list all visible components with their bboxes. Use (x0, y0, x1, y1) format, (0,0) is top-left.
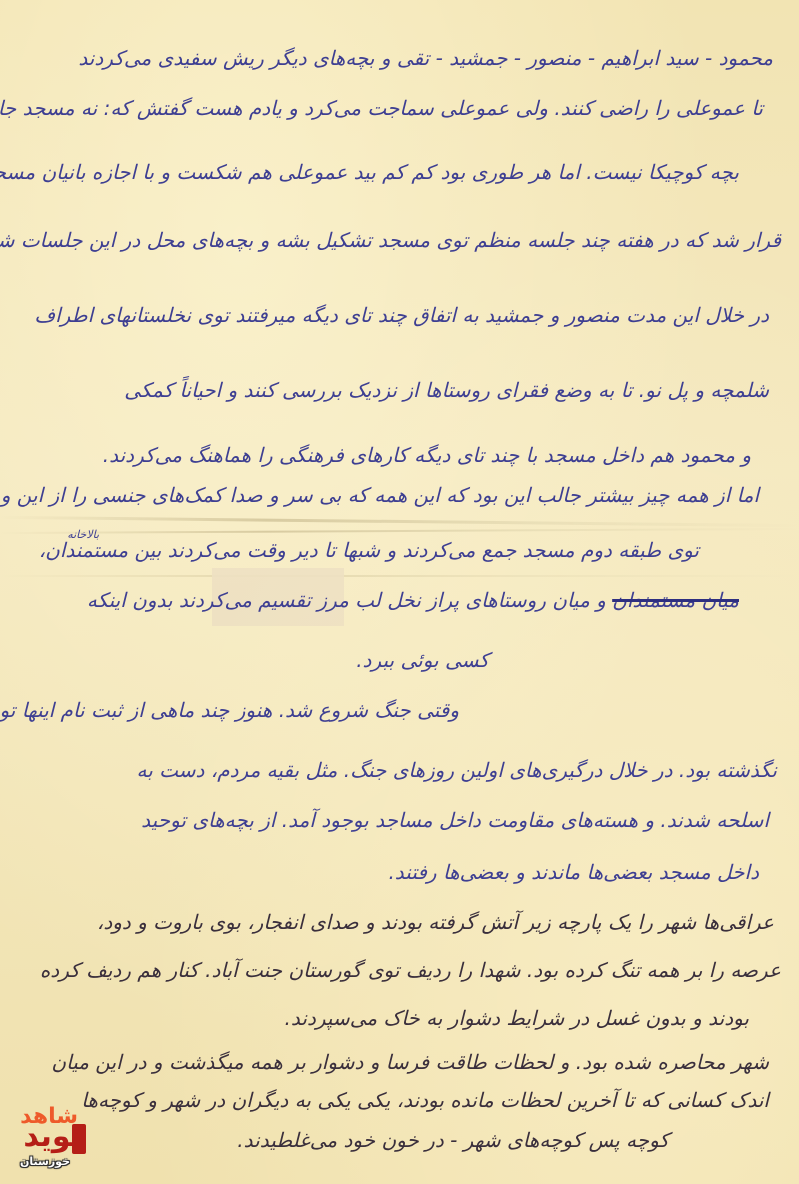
logo-region-label: خوزستان (20, 1156, 70, 1167)
handwritten-line: قرار شد که در هفته چند جلسه منظم توی مسج… (0, 230, 781, 250)
handwritten-line: در خلال این مدت منصور و جمشید به اتفاق چ… (34, 305, 769, 325)
handwritten-line: تا عموعلی را راضی کنند. ولی عموعلی سماجت… (0, 98, 763, 118)
handwritten-line: عراقی‌ها شهر را یک پارچه زیر آتش گرفته ب… (97, 912, 774, 932)
handwritten-line: شلمچه و پل نو. تا به وضع فقرای روستاها ا… (124, 380, 769, 400)
handwritten-line: داخل مسجد بعضی‌ها ماندند و بعضی‌ها رفتند… (388, 862, 759, 882)
handwritten-line: عرصه را بر همه تنگ کرده بود. شهدا را ردی… (40, 960, 781, 980)
struck-through-text: میان مستمندان (612, 588, 739, 612)
handwritten-line: میان مستمندان و میان روستاهای پراز نخل ل… (87, 590, 739, 610)
handwritten-line: کوچه پس کوچه‌های شهر - در خون خود می‌غلط… (237, 1130, 669, 1150)
handwritten-line: کسی بوئی ببرد. (356, 650, 489, 670)
handwritten-line: وقتی جنگ شروع شد. هنوز چند ماهی از ثبت ن… (0, 700, 459, 720)
handwritten-letter: محمود - سید ابراهیم - منصور - جمشید - تق… (0, 0, 799, 1184)
handwritten-line: اسلحه شدند. و هسته‌های مقاومت داخل مساجد… (141, 810, 769, 830)
logo-mid-word: نوید (23, 1122, 82, 1152)
handwritten-line: بودند و بدون غسل در شرایط دشوار به خاک م… (285, 1008, 749, 1028)
watermark-logo: شاهد نوید خوزستان (14, 1098, 94, 1178)
handwritten-line: محمود - سید ابراهیم - منصور - جمشید - تق… (78, 48, 773, 68)
handwritten-line: اما از همه چیز بیشتر جالب این بود که این… (0, 485, 759, 505)
interlinear-note: بالاخانه (67, 528, 99, 541)
handwritten-line: بچه کوچیکا نیست. اما هر طوری بود کم کم ب… (0, 162, 739, 182)
handwritten-line: اندک کسانی که تا آخرین لحظات مانده بودند… (81, 1090, 769, 1110)
handwritten-line: توی طبقه دوم مسجد جمع می‌کردند و شبها تا… (39, 540, 699, 560)
handwritten-line: نگذشته بود. در خلال درگیری‌های اولین روز… (137, 760, 778, 780)
handwritten-line: شهر محاصره شده بود. و لحظات طاقت فرسا و … (51, 1052, 769, 1072)
handwritten-line: و محمود هم داخل مسجد با چند تای دیگه کار… (103, 445, 751, 465)
